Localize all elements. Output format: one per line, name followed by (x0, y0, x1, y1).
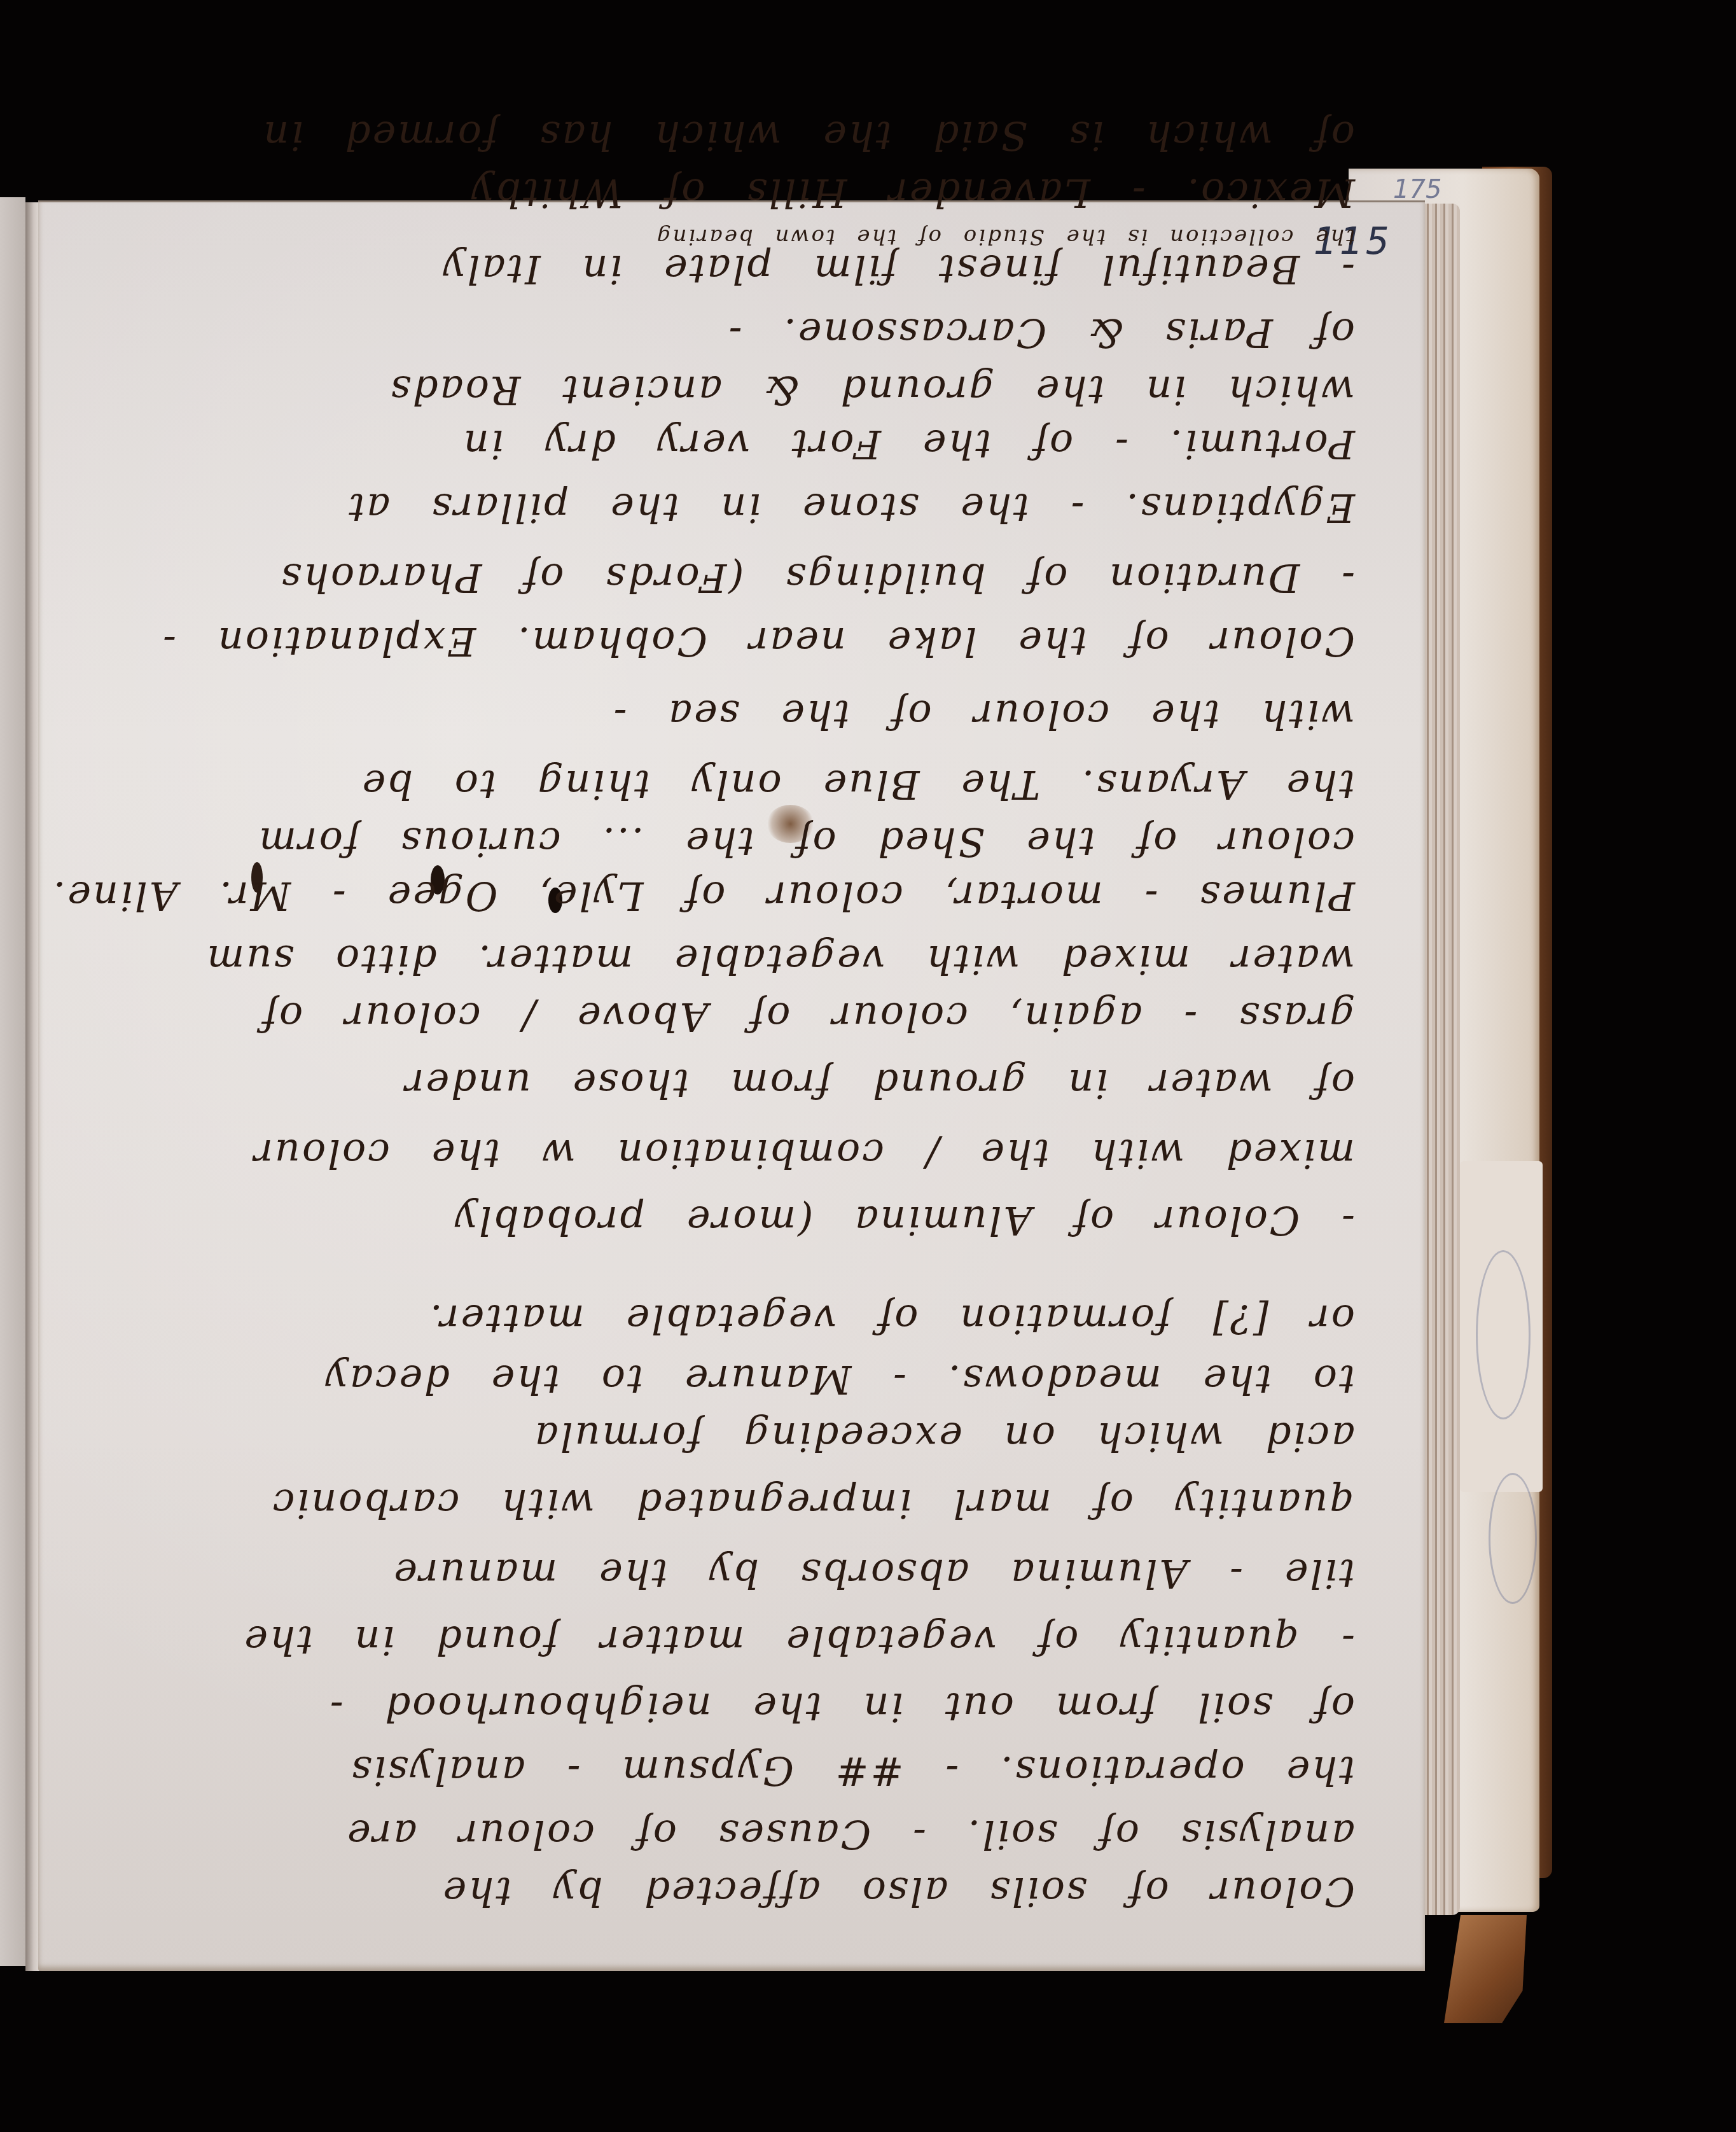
text-line: with the colour of the sea - (115, 692, 1355, 738)
left-page-edge (0, 197, 25, 1966)
text-line: - Colour of Alumina (more probably (115, 1197, 1355, 1244)
book-cover-corner (1444, 1915, 1527, 2023)
text-line: analysis of soil. - Causes of colour are (115, 1811, 1355, 1858)
text-line: or [?] formation of vegetable matter. (115, 1296, 1355, 1342)
text-line: of soil from out in the neighbourhood - (115, 1684, 1355, 1731)
text-line: Colour of soils also affected by the (115, 1869, 1355, 1915)
text-line: - quantity of vegetable matter found in … (115, 1617, 1355, 1664)
text-line: acid which on exceeding formula (115, 1414, 1355, 1460)
text-line: Mexico. - Lavender Hills of Whitby (115, 170, 1355, 216)
text-line: to the meadows. - Manure to the decay (115, 1356, 1355, 1403)
text-line: grass - again, colour of Above / colour … (115, 994, 1355, 1040)
text-line: the operations. - ## Gypsum - analysis (115, 1748, 1355, 1794)
text-line: water mixed with vegetable matter. ditto… (115, 937, 1355, 983)
text-line: which in the ground & ancient Roads (115, 367, 1355, 414)
text-line: of Paris & Carcassone. - (115, 310, 1355, 356)
text-line: - Duration of buildings (Fords of Pharao… (115, 555, 1355, 601)
text-line: Plumes - mortar, colour of Lyle, Ogee - … (115, 873, 1355, 919)
handwritten-text-upside-down: Colour of soils also affected by the ana… (115, 223, 1355, 1915)
text-line: Colour of the lake near Cobham. Explanat… (115, 618, 1355, 665)
text-line: - Beautiful finest film plate in Italy (115, 246, 1355, 293)
text-line: Portumi. - of the Fort very dry in (115, 421, 1355, 468)
text-line: the Aryans. The Blue only thing to be (115, 762, 1355, 808)
text-line: mixed with the / combination w the colou… (115, 1131, 1355, 1177)
text-line: quantity of marl impregnated with carbon… (115, 1481, 1355, 1527)
text-line: tile - Alumina absorbs by the manure (115, 1550, 1355, 1597)
text-line: of water in ground from those under (115, 1061, 1355, 1107)
pencil-sketch (1476, 1250, 1531, 1419)
text-line-annotation: the collection is the Studio of the town… (115, 224, 1355, 249)
pencil-folio-number: 175 (1393, 175, 1441, 204)
text-line: Egyptians. - the stone in the pillars at (115, 485, 1355, 531)
pencil-sketch (1489, 1473, 1537, 1604)
text-line: of which is Said the which has formed in (115, 113, 1355, 159)
book-gutter (25, 202, 39, 1971)
text-line: colour of the Shed of the ... curious fo… (115, 819, 1355, 865)
